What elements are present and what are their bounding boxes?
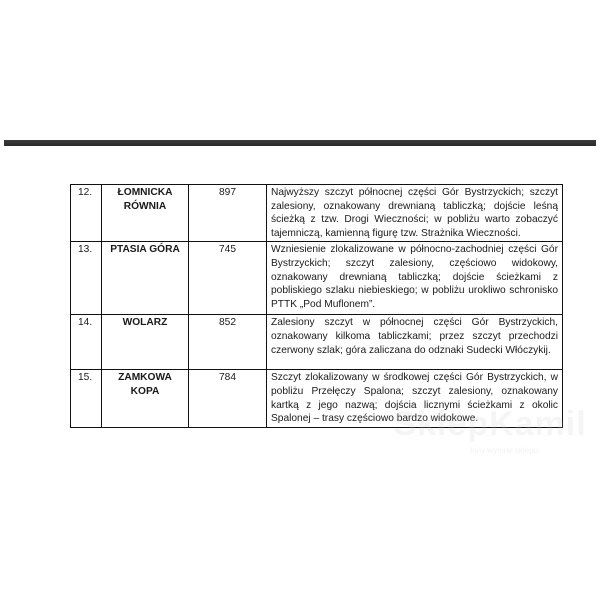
row-number: 13. xyxy=(71,242,102,315)
header-divider-bar xyxy=(4,140,596,146)
peak-height: 745 xyxy=(189,242,267,315)
peak-height: 784 xyxy=(189,370,267,428)
peak-name-line2: RÓWNIA xyxy=(106,200,184,214)
peak-description: Zalesiony szczyt w północnej części Gór … xyxy=(267,315,563,370)
peak-name: PTASIA GÓRA xyxy=(102,242,189,315)
peak-name: WOLARZ xyxy=(102,315,189,370)
table-row: 15. ZAMKOWA KOPA 784 Szczyt zlokalizowan… xyxy=(71,370,563,428)
peak-name-line1: ŁOMNICKA xyxy=(106,186,184,200)
peak-description: Najwyższy szczyt północnej części Gór By… xyxy=(267,185,563,242)
table-row: 12. ŁOMNICKA RÓWNIA 897 Najwyższy szczyt… xyxy=(71,185,563,242)
row-number: 14. xyxy=(71,315,102,370)
peak-height: 897 xyxy=(189,185,267,242)
row-number: 15. xyxy=(71,370,102,428)
peaks-table: 12. ŁOMNICKA RÓWNIA 897 Najwyższy szczyt… xyxy=(70,184,563,428)
table-row: 14. WOLARZ 852 Zalesiony szczyt w północ… xyxy=(71,315,563,370)
peak-name-line2: KOPA xyxy=(106,385,184,399)
peak-name: ZAMKOWA KOPA xyxy=(102,370,189,428)
table-row: 13. PTASIA GÓRA 745 Wzniesienie zlokaliz… xyxy=(71,242,563,315)
peak-name-line1: WOLARZ xyxy=(106,316,184,330)
peak-name-line1: ZAMKOWA xyxy=(106,371,184,385)
peak-description: Wzniesienie zlokalizowane w północno-zac… xyxy=(267,242,563,315)
peak-description: Szczyt zlokalizowany w środkowej części … xyxy=(267,370,563,428)
peak-name-line1: PTASIA GÓRA xyxy=(106,243,184,257)
row-number: 12. xyxy=(71,185,102,242)
watermark-tagline: Inny wymiar sklepu xyxy=(470,446,590,455)
peak-height: 852 xyxy=(189,315,267,370)
peak-name: ŁOMNICKA RÓWNIA xyxy=(102,185,189,242)
